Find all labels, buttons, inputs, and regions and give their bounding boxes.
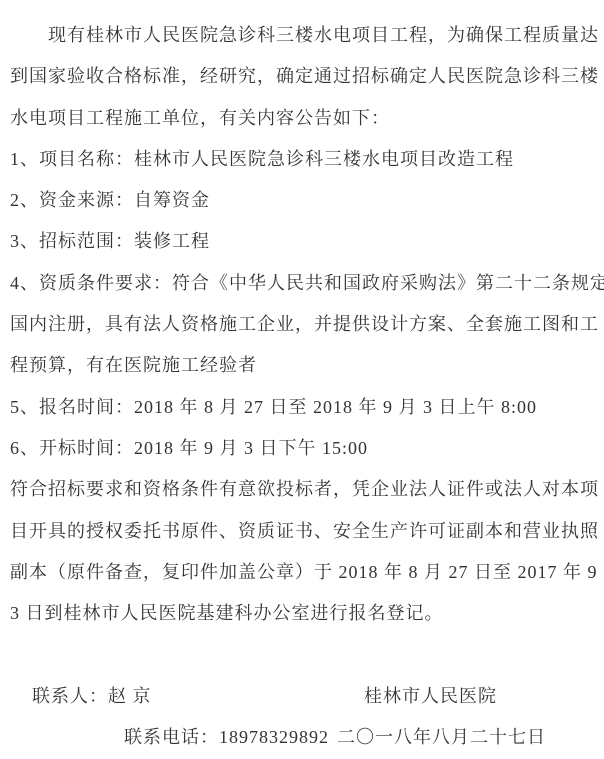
registration-paragraph-line-3: 副本（原件备查，复印件加盖公章）于 2018 年 8 月 27 日至 2017 … [10,552,596,593]
list-item-qualification-line-1: 4、资质条件要求：符合《中华人民共和国政府采购法》第二十二条规定， [10,263,596,304]
list-item-qualification-line-2: 国内注册，具有法人资格施工企业，并提供设计方案、全套施工图和工 [10,304,596,345]
list-item-funding-source: 2、资金来源：自筹资金 [10,180,596,221]
list-item-tender-scope: 3、招标范围：装修工程 [10,221,596,262]
intro-line-2: 到国家验收合格标准，经研究，确定通过招标确定人民医院急诊科三楼 [10,56,596,97]
list-item-project-name: 1、项目名称：桂林市人民医院急诊科三楼水电项目改造工程 [10,139,596,180]
notice-document: 现有桂林市人民医院急诊科三楼水电项目工程，为确保工程质量达 到国家验收合格标准，… [0,0,604,759]
intro-line-3: 水电项目工程施工单位，有关内容公告如下： [10,98,596,139]
registration-paragraph-line-2: 目开具的授权委托书原件、资质证书、安全生产许可证副本和营业执照 [10,511,596,552]
list-item-bid-opening-time: 6、开标时间：2018 年 9 月 3 日下午 15:00 [10,428,596,469]
contact-row: 联系人：赵 京 联系电话：18978329892 [10,634,596,675]
contact-person: 联系人：赵 京 [32,686,152,706]
registration-paragraph-line-1: 符合招标要求和资格条件有意欲投标者，凭企业法人证件或法人对本项 [10,469,596,510]
intro-line-1: 现有桂林市人民医院急诊科三楼水电项目工程，为确保工程质量达 [10,15,596,56]
registration-paragraph-line-4: 3 日到桂林市人民医院基建科办公室进行报名登记。 [10,593,596,634]
list-item-registration-time: 5、报名时间：2018 年 8 月 27 日至 2018 年 9 月 3 日上午… [10,387,596,428]
contact-phone: 联系电话：18978329892 [124,727,329,747]
list-item-qualification-line-3: 程预算，有在医院施工经验者 [10,345,596,386]
